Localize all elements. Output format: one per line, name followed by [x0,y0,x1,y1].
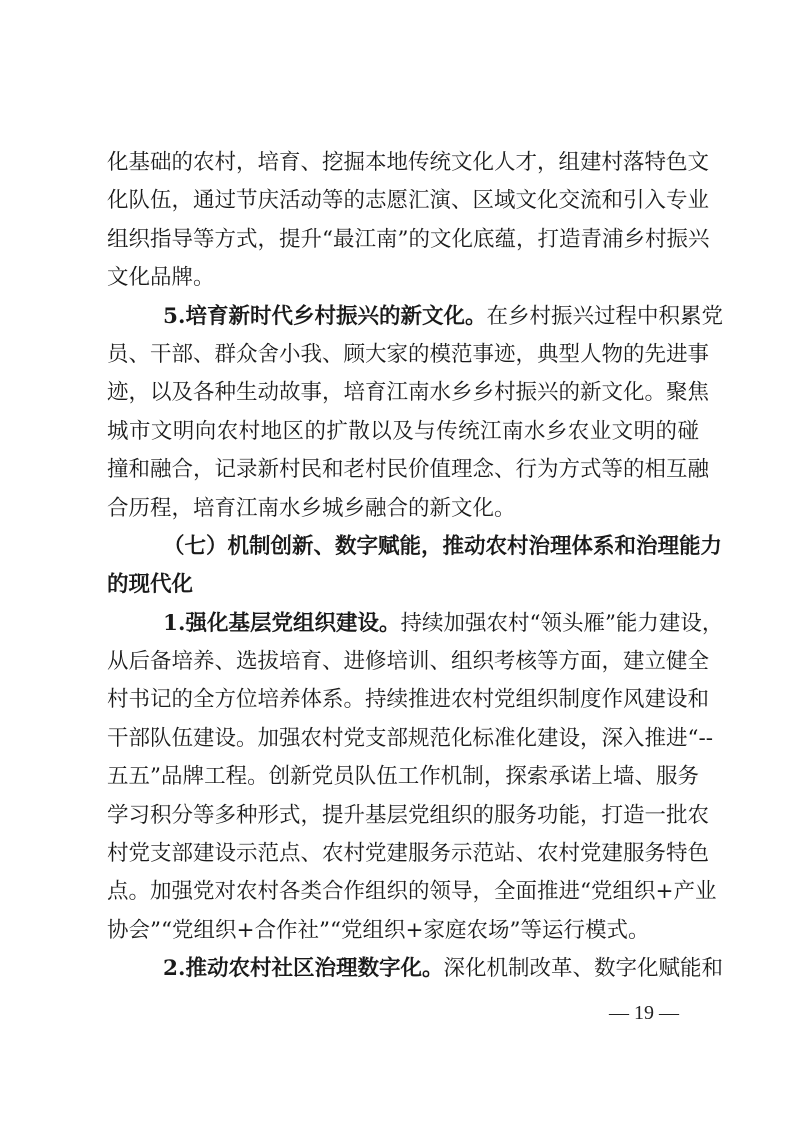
item-1-text: 持续加强农村“领头雁”能力建设， [400,611,723,636]
paragraph-item-2: 2.推动农村社区治理数字化。深化机制改革、数字化赋能和 [107,950,699,988]
text-line: 协会”“党组织+合作社”“党组织+家庭农场”等运行模式。 [107,912,699,950]
text-line: 化基础的农村，培育、挖掘本地传统文化人才，组建村落特色文 [107,144,699,182]
paragraph-cultural-brand: 化基础的农村，培育、挖掘本地传统文化人才，组建村落特色文 化队伍，通过节庆活动等… [107,144,699,298]
document-page: 化基础的农村，培育、挖掘本地传统文化人才，组建村落特色文 化队伍，通过节庆活动等… [107,144,699,989]
item-5-title: 5.培育新时代乡村振兴的新文化。 [163,304,486,329]
text-line: 合历程，培育江南水乡城乡融合的新文化。 [107,490,699,528]
text-line: 点。加强党对农村各类合作组织的领导，全面推进“党组织+产业 [107,873,699,911]
text-line: 村书记的全方位培养体系。持续推进农村党组织制度作风建设和 [107,681,699,719]
text-line: 化队伍，通过节庆活动等的志愿汇演、区域文化交流和引入专业 [107,182,699,220]
text-line: 城市文明向农村地区的扩散以及与传统江南水乡农业文明的碰 [107,413,699,451]
page-number: — 19 — [608,1002,680,1025]
paragraph-item-1: 1.强化基层党组织建设。持续加强农村“领头雁”能力建设， 从后备培养、选拔培育、… [107,605,699,951]
text-line: 员、干部、群众舍小我、顾大家的模范事迹，典型人物的先进事 [107,336,699,374]
text-line: 村党支部建设示范点、农村党建服务示范站、农村党建服务特色 [107,835,699,873]
text-line: 文化品牌。 [107,259,699,297]
text-line: 迹，以及各种生动故事，培育江南水乡乡村振兴的新文化。聚焦 [107,374,699,412]
paragraph-item-5: 5.培育新时代乡村振兴的新文化。在乡村振兴过程中积累党 员、干部、群众舍小我、顾… [107,298,699,528]
text-line: 5.培育新时代乡村振兴的新文化。在乡村振兴过程中积累党 [107,298,699,336]
heading-line: 的现代化 [107,566,699,604]
section-heading-7: （七）机制创新、数字赋能，推动农村治理体系和治理能力 的现代化 [107,528,699,605]
heading-line: （七）机制创新、数字赋能，推动农村治理体系和治理能力 [107,528,699,566]
item-1-title: 1.强化基层党组织建设。 [163,611,400,636]
text-line: 组织指导等方式，提升“最江南”的文化底蕴，打造青浦乡村振兴 [107,221,699,259]
text-line: 五五”品牌工程。创新党员队伍工作机制，探索承诺上墙、服务 [107,758,699,796]
text-line: 学习积分等多种形式，提升基层党组织的服务功能，打造一批农 [107,797,699,835]
item-2-title: 2.推动农村社区治理数字化。 [163,956,443,981]
item-5-text: 在乡村振兴过程中积累党 [486,304,723,329]
text-line: 撞和融合，记录新村民和老村民价值理念、行为方式等的相互融 [107,451,699,489]
text-line: 2.推动农村社区治理数字化。深化机制改革、数字化赋能和 [107,950,699,988]
item-2-text: 深化机制改革、数字化赋能和 [443,956,723,981]
text-line: 干部队伍建设。加强农村党支部规范化标准化建设，深入推进“-- [107,720,699,758]
text-line: 从后备培养、选拔培育、进修培训、组织考核等方面，建立健全 [107,643,699,681]
text-line: 1.强化基层党组织建设。持续加强农村“领头雁”能力建设， [107,605,699,643]
